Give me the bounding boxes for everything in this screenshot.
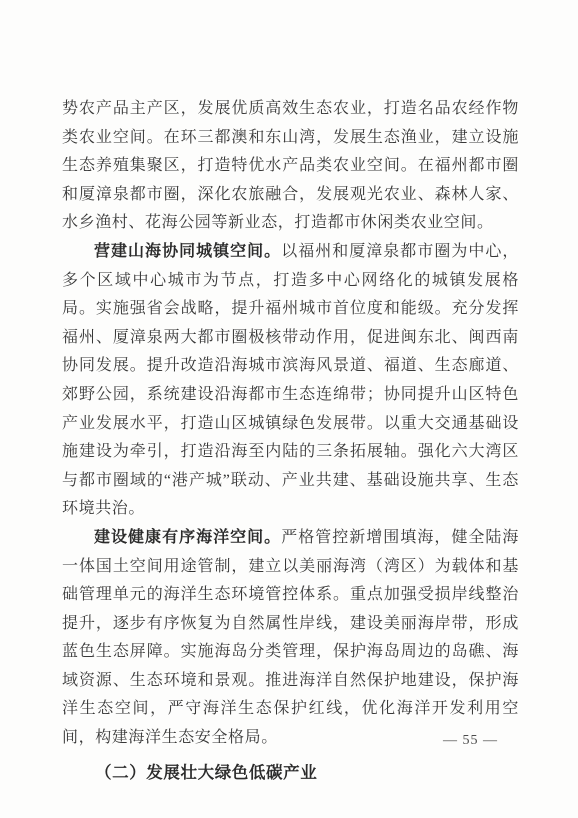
paragraph-lead: 建设健康有序海洋空间。 xyxy=(94,529,281,546)
paragraph-lead: 营建山海协同城镇空间。 xyxy=(94,243,281,260)
paragraph: 势农产品主产区，发展优质高效生态农业，打造名品农经作物类农业空间。在环三都澳和东… xyxy=(62,95,519,238)
paragraph: 营建山海协同城镇空间。以福州和厦漳泉都市圈为中心，多个区域中心城市为节点，打造多… xyxy=(62,238,519,524)
page-number: — 55 — xyxy=(443,733,498,749)
paragraph-text: 势农产品主产区，发展优质高效生态农业，打造名品农经作物类农业空间。在环三都澳和东… xyxy=(62,100,519,231)
paragraph-text: 以福州和厦漳泉都市圈为中心，多个区域中心城市为节点，打造多中心网络化的城镇发展格… xyxy=(62,243,519,517)
text-block: 势农产品主产区，发展优质高效生态农业，打造名品农经作物类农业空间。在环三都澳和东… xyxy=(62,95,519,787)
paragraph-text: 严格管控新增围填海，健全陆海一体国土空间用途管制，建立以美丽海湾（湾区）为载体和… xyxy=(62,529,519,746)
paragraph: 建设健康有序海洋空间。严格管控新增围填海，健全陆海一体国土空间用途管制，建立以美… xyxy=(62,524,519,753)
section-heading: （二）发展壮大绿色低碳产业 xyxy=(62,759,519,788)
document-page: 势农产品主产区，发展优质高效生态农业，打造名品农经作物类农业空间。在环三都澳和东… xyxy=(0,0,578,818)
